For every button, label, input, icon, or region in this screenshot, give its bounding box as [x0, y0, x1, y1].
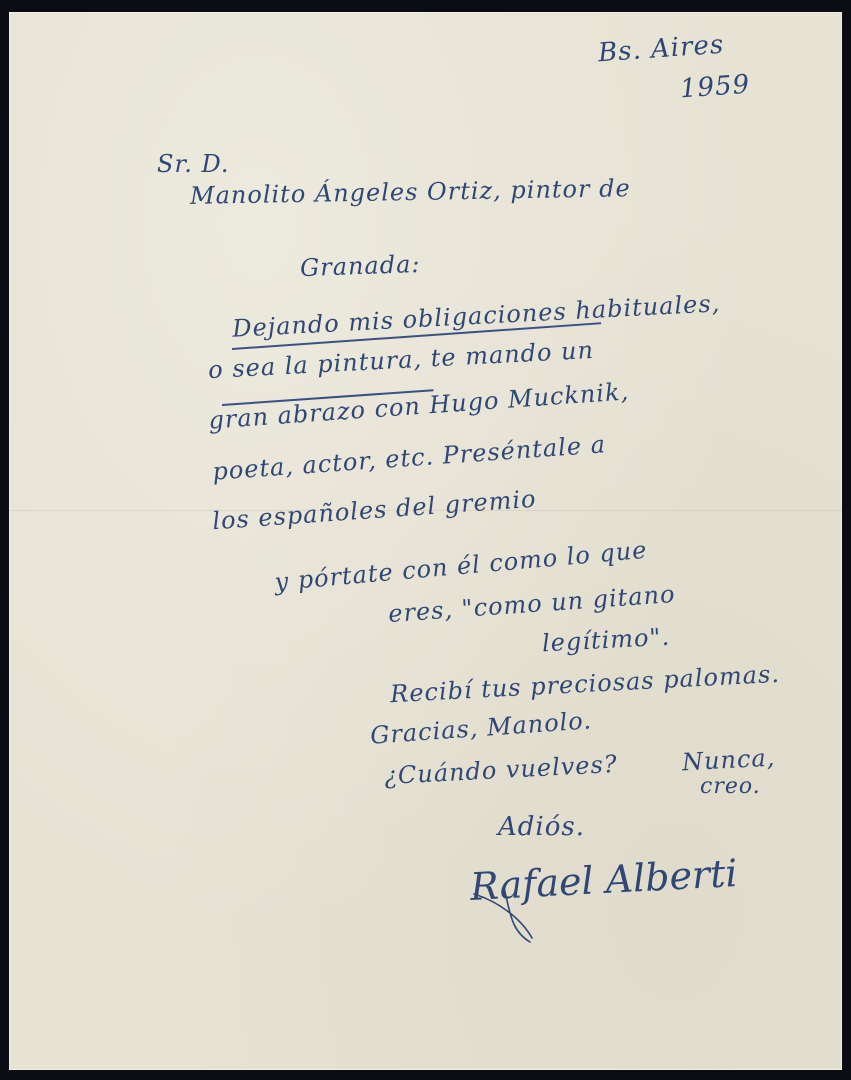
- closing-line-4: Nunca,: [681, 744, 776, 777]
- farewell: Adiós.: [498, 812, 585, 842]
- salutation-title: Sr. D.: [157, 150, 230, 178]
- closing-line-5: creo.: [700, 774, 761, 799]
- letter-sheet: [9, 12, 842, 1070]
- salutation-city: Granada:: [300, 250, 421, 282]
- letter-year: 1959: [679, 70, 751, 105]
